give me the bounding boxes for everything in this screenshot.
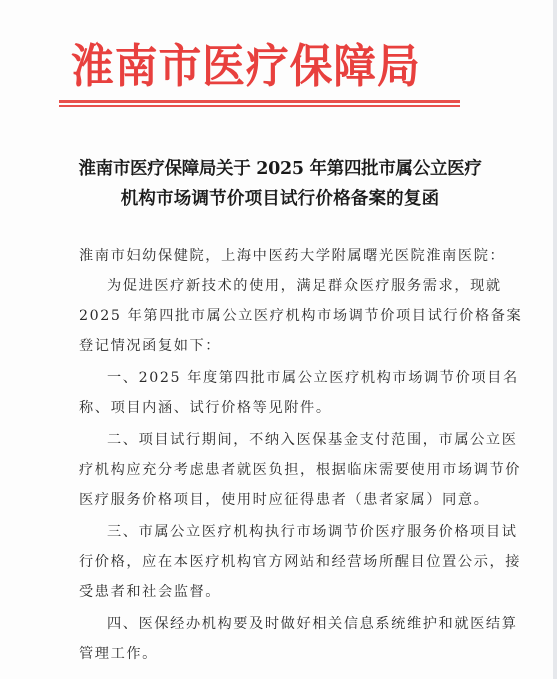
page-edge xyxy=(553,0,557,679)
item4-line-1: 四、医保经办机构要及时做好相关信息系统维护和就医结算 xyxy=(107,614,517,634)
masthead-rule-thin xyxy=(59,105,460,107)
item2-line-1: 二、项目试行期间，不纳入医保基金支付范围，市属公立医 xyxy=(107,430,517,450)
item2-line-2: 疗机构应充分考虑患者就医负担，根据临床需要使用市场调节价 xyxy=(79,460,521,480)
intro-line-1: 为促进医疗新技术的使用，满足群众医疗服务需求，现就 xyxy=(107,276,502,296)
agency-masthead: 淮南市医疗保障局 xyxy=(58,36,434,96)
document-title-line-1: 淮南市医疗保障局关于 2025 年第四批市属公立医疗 xyxy=(60,157,500,181)
item1-line-1: 一、2025 年度第四批市属公立医疗机构市场调节价项目名 xyxy=(107,368,519,388)
item1-line-2: 称、项目内涵、试行价格等见附件。 xyxy=(79,398,332,418)
item3-line-2: 行价格，应在本医疗机构官方网站和经营场所醒目位置公示，接 xyxy=(79,552,521,572)
intro-line-3: 登记情况函复如下： xyxy=(79,336,221,356)
document-title-line-2: 机构市场调节价项目试行价格备案的复函 xyxy=(60,187,500,211)
document-page: 淮南市医疗保障局 淮南市医疗保障局关于 2025 年第四批市属公立医疗 机构市场… xyxy=(0,0,554,679)
item3-line-1: 三、市属公立医疗机构执行市场调节价医疗服务价格项目试 xyxy=(107,522,517,542)
intro-line-2: 2025 年第四批市属公立医疗机构市场调节价项目试行价格备案 xyxy=(79,306,522,326)
item3-line-3: 受患者和社会监督。 xyxy=(79,582,221,602)
item2-line-3: 医疗服务价格项目，使用时应征得患者（患者家属）同意。 xyxy=(79,490,489,510)
addressee: 淮南市妇幼保健院，上海中医药大学附属曙光医院淮南医院： xyxy=(79,246,505,266)
item4-line-2: 管理工作。 xyxy=(79,644,158,664)
masthead-rule-thick xyxy=(59,100,460,103)
